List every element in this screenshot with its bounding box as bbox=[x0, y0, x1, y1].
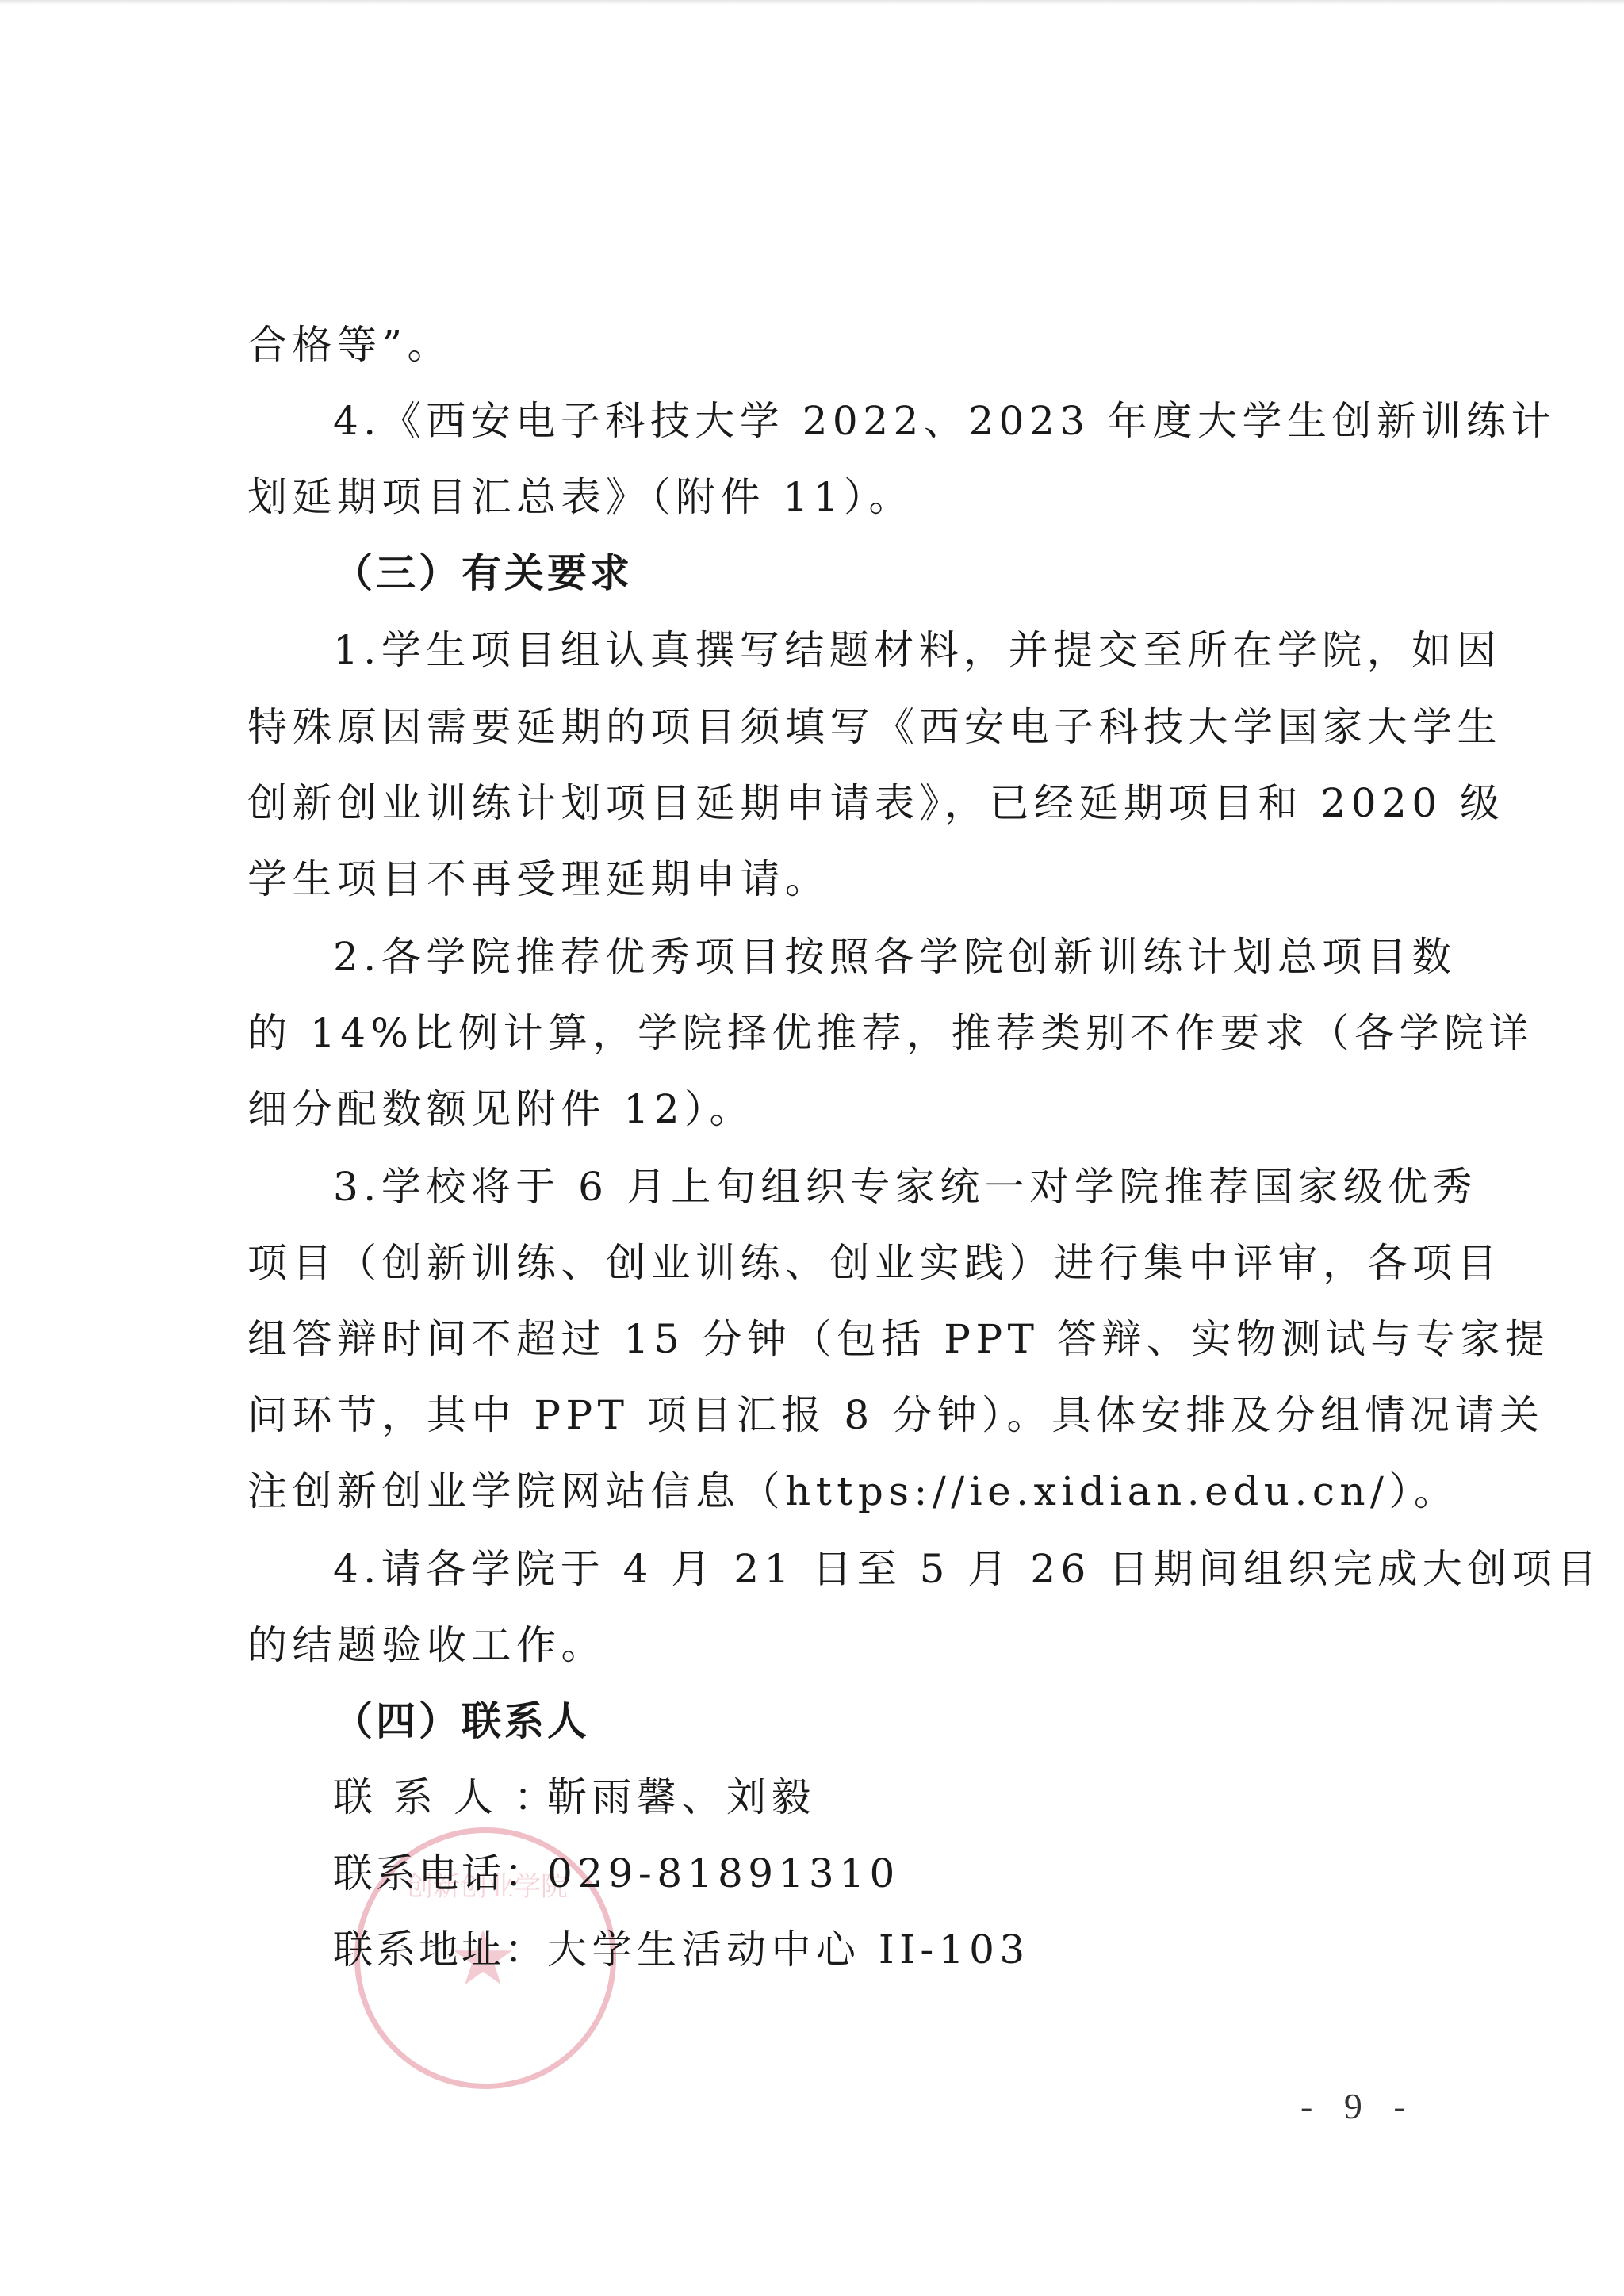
contact-address-row: 联系地址：大学生活动中心 II-103 bbox=[333, 1926, 1030, 1973]
website-link-line: 注创新创业学院网站信息（https://ie.xidian.edu.cn/）。 bbox=[247, 1468, 1458, 1515]
requirement-2: 2.各学院推荐优秀项目按照各学院创新训练计划总项目数 bbox=[333, 933, 1457, 981]
contact-phone-label: 联系电话： bbox=[333, 1850, 547, 1897]
line-8: 学生项目不再受理延期申请。 bbox=[247, 855, 830, 903]
contact-person-value: 靳雨馨、刘毅 bbox=[547, 1774, 816, 1820]
line-3: 划延期项目汇总表》（附件 11）。 bbox=[247, 473, 913, 521]
item-4-attachment-11: 4.《西安电子科技大学 2022、2023 年度大学生创新训练计 bbox=[333, 397, 1556, 445]
line-7: 创新创业训练计划项目延期申请表》，已经延期项目和 2020 级 bbox=[247, 779, 1505, 827]
contact-phone-value: 029-81891310 bbox=[547, 1850, 900, 1896]
line-14: 组答辩时间不超过 15 分钟（包括 PPT 答辩、实物测试与专家提 bbox=[247, 1315, 1549, 1363]
page-top-edge bbox=[0, 0, 1624, 5]
line-13: 项目（创新训练、创业训练、创业实践）进行集中评审，各项目 bbox=[247, 1239, 1502, 1287]
section-heading-contacts: （四）联系人 bbox=[333, 1697, 590, 1745]
line-15: 问环节，其中 PPT 项目汇报 8 分钟）。具体安排及分组情况请关 bbox=[247, 1391, 1545, 1439]
line-11: 细分配数额见附件 12）。 bbox=[247, 1085, 754, 1133]
contact-address-value: 大学生活动中心 II-103 bbox=[547, 1927, 1030, 1973]
contact-person-label: 联系人： bbox=[333, 1774, 547, 1821]
section-heading-requirements: （三）有关要求 bbox=[333, 549, 633, 597]
requirement-4: 4.请各学院于 4 月 21 日至 5 月 26 日期间组织完成大创项目 bbox=[333, 1545, 1602, 1593]
requirement-3: 3.学校将于 6 月上旬组织专家统一对学院推荐国家级优秀 bbox=[333, 1163, 1477, 1211]
contact-person-row: 联系人：靳雨馨、刘毅 bbox=[333, 1774, 816, 1821]
page-number: - 9 - bbox=[1300, 2085, 1417, 2127]
line-18: 的结题验收工作。 bbox=[247, 1621, 606, 1669]
line-10: 的 14%比例计算，学院择优推荐，推荐类别不作要求（各学院详 bbox=[247, 1009, 1534, 1057]
contact-address-label: 联系地址： bbox=[333, 1926, 547, 1973]
contact-phone-row: 联系电话：029-81891310 bbox=[333, 1850, 900, 1897]
line-6: 特殊原因需要延期的项目须填写《西安电子科技大学国家大学生 bbox=[247, 703, 1502, 751]
requirement-1: 1.学生项目组认真撰写结题材料，并提交至所在学院，如因 bbox=[333, 626, 1501, 674]
line-1: 合格等”。 bbox=[247, 321, 452, 369]
